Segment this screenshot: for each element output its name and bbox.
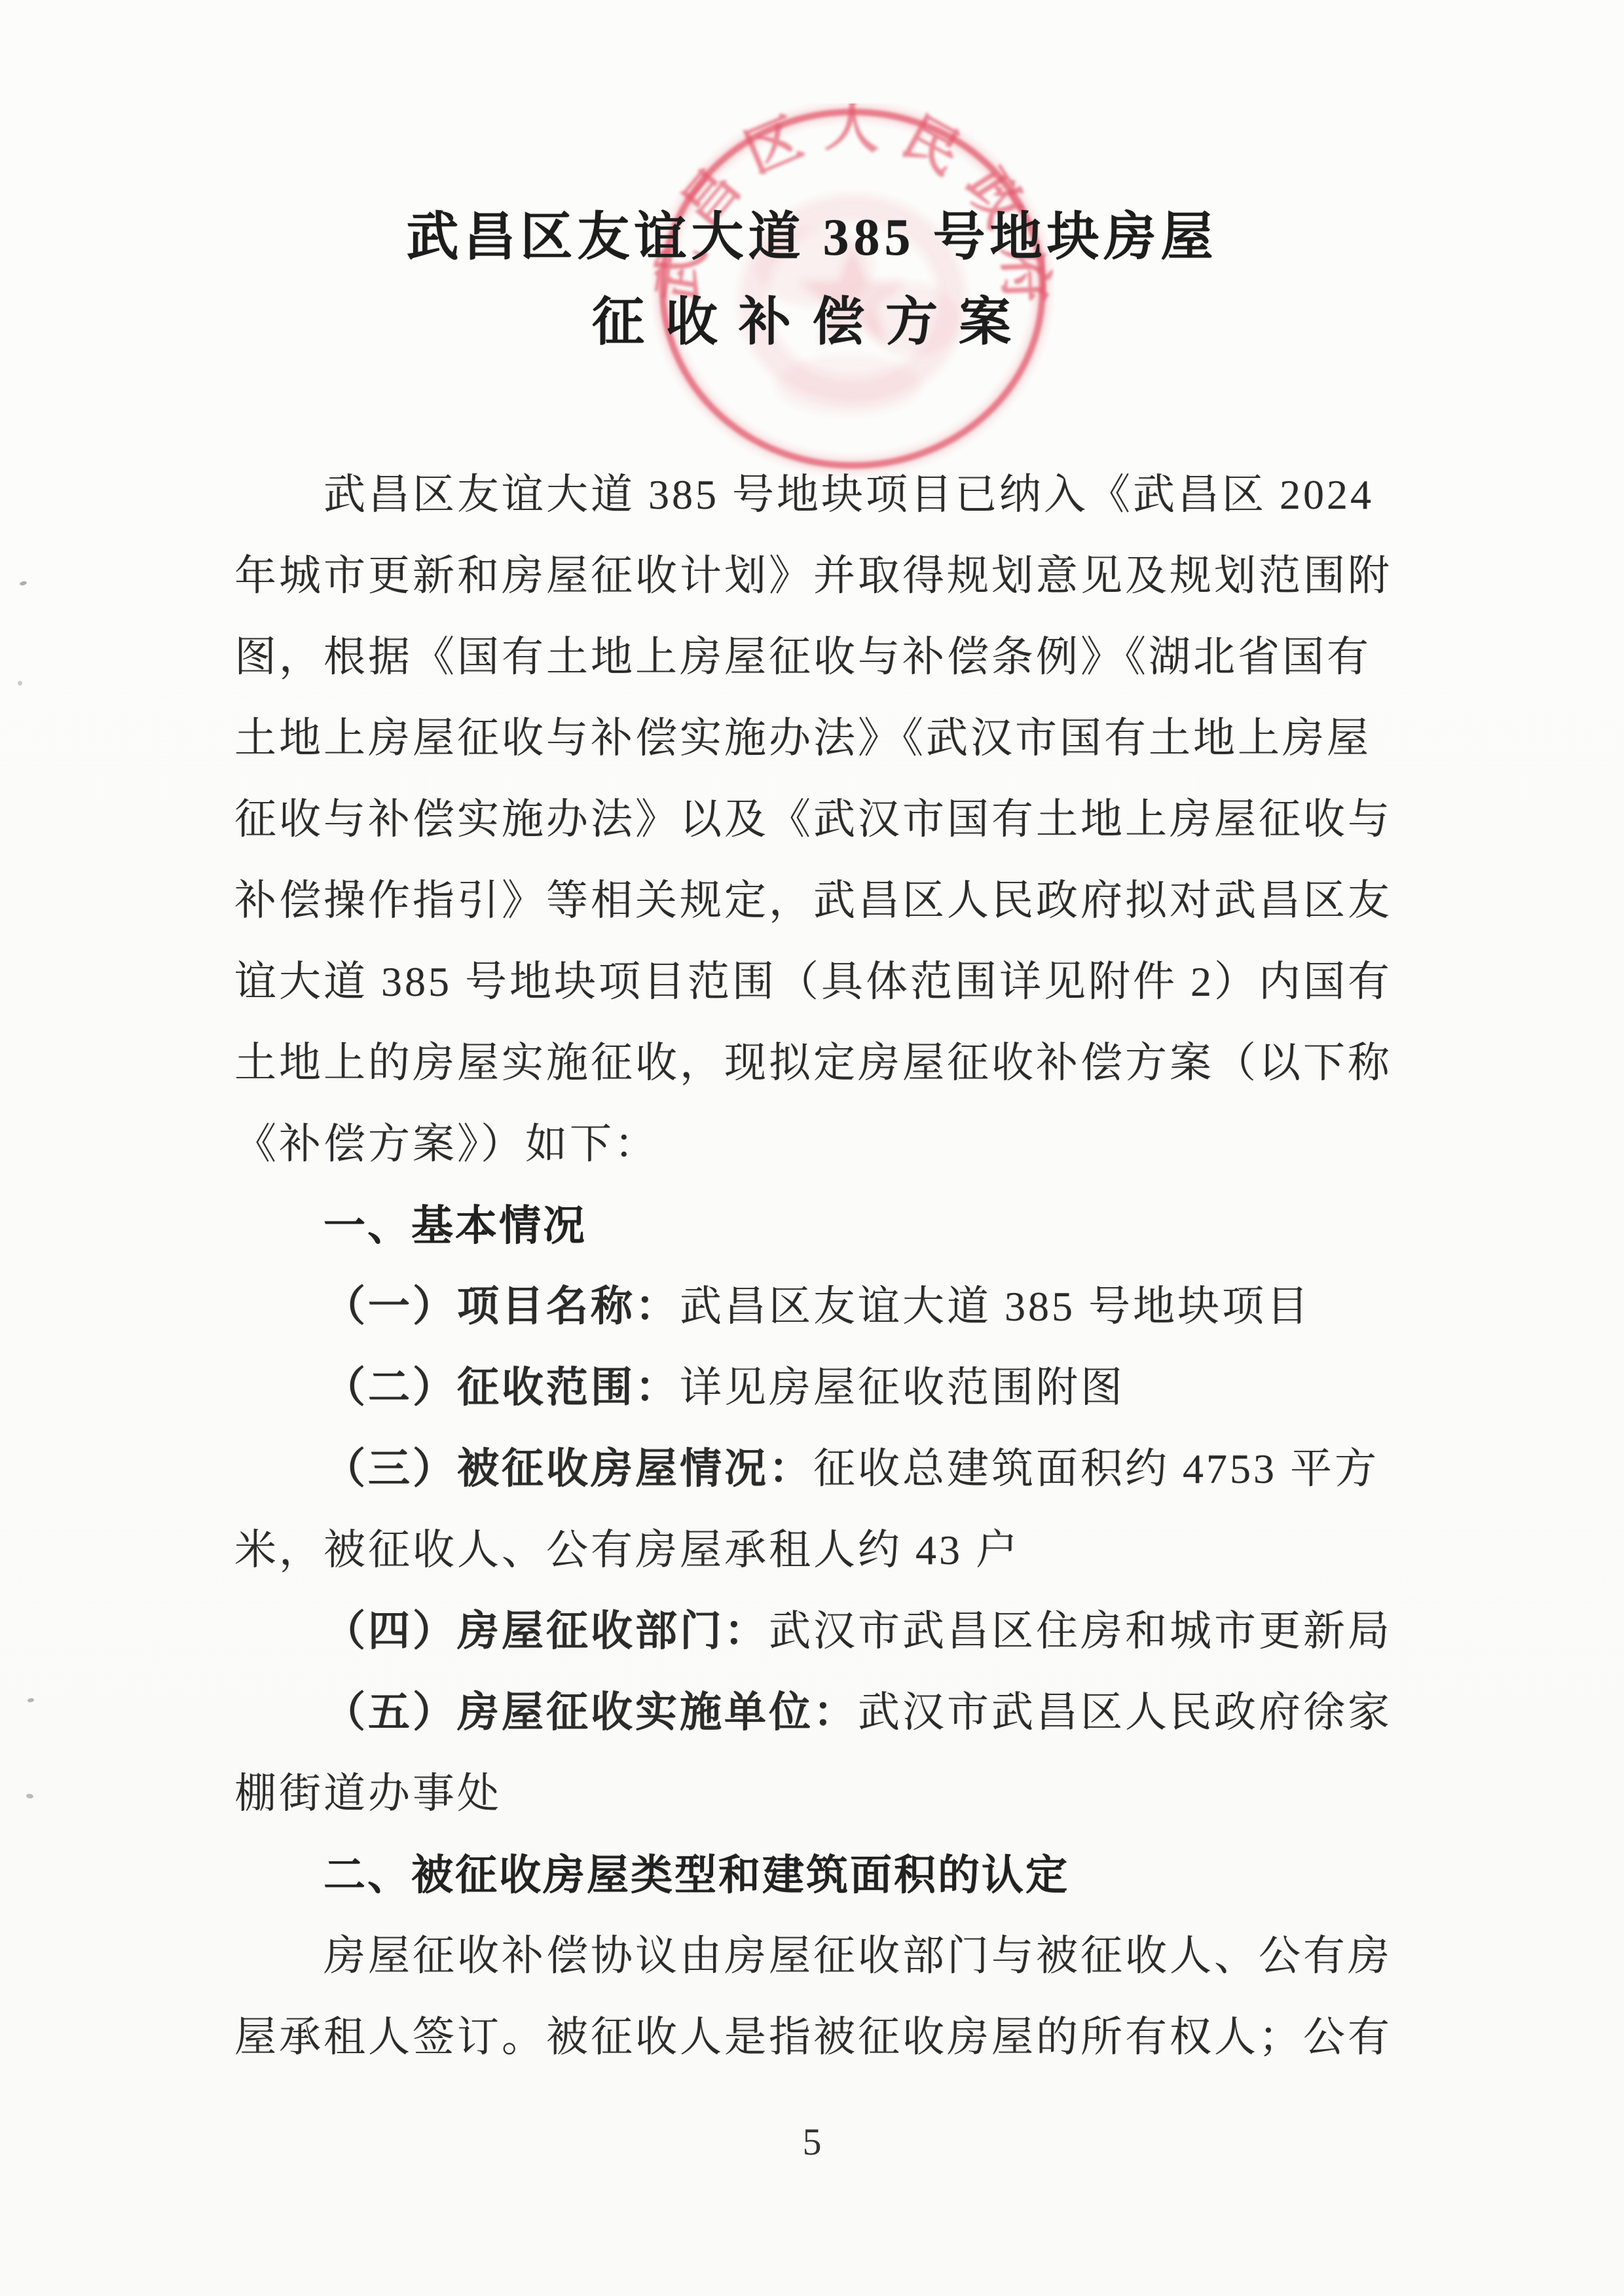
page-number: 5 (0, 2120, 1624, 2164)
body-line: 棚街道办事处 (234, 1753, 1397, 1834)
body-line-item-3: （三）被征收房屋情况：征收总建筑面积约 4753 平方 (234, 1429, 1397, 1510)
scanned-document-page: 武昌区人民政府 武昌区友谊大道 385 号地块房屋 征收补偿方案 武昌区友谊大道… (0, 0, 1624, 2296)
body-line-item-2: （二）征收范围：详见房屋征收范围附图 (234, 1347, 1397, 1429)
body-line: 谊大道 385 号地块项目范围（具体范围详见附件 2）内国有 (234, 941, 1397, 1023)
body-line: 年城市更新和房屋征收计划》并取得规划意见及规划范围附 (234, 536, 1397, 617)
body-line: 土地上的房屋实施征收，现拟定房屋征收补偿方案（以下称 (234, 1023, 1397, 1104)
body-line: 房屋征收补偿协议由房屋征收部门与被征收人、公有房 (234, 1916, 1397, 1997)
scan-artifact (19, 581, 27, 587)
document-title: 武昌区友谊大道 385 号地块房屋 征收补偿方案 (0, 195, 1624, 365)
section-heading-1: 一、基本情况 (234, 1185, 1397, 1266)
section-heading-2: 二、被征收房屋类型和建筑面积的认定 (234, 1834, 1397, 1916)
scan-artifact (26, 1793, 34, 1798)
body-line-item-1: （一）项目名称：武昌区友谊大道 385 号地块项目 (234, 1266, 1397, 1347)
document-body: 武昌区友谊大道 385 号地块项目已纳入《武昌区 2024 年城市更新和房屋征收… (234, 454, 1397, 2078)
body-line: 征收与补偿实施办法》以及《武汉市国有土地上房屋征收与 (234, 779, 1397, 860)
body-line-item-4: （四）房屋征收部门：武汉市武昌区住房和城市更新局 (234, 1591, 1397, 1672)
body-line: 土地上房屋征收与补偿实施办法》《武汉市国有土地上房屋 (234, 698, 1397, 779)
scan-artifact (18, 681, 22, 685)
body-line-item-5: （五）房屋征收实施单位：武汉市武昌区人民政府徐家 (234, 1672, 1397, 1753)
body-line: 图，根据《国有土地上房屋征收与补偿条例》《湖北省国有 (234, 617, 1397, 698)
title-line-1: 武昌区友谊大道 385 号地块房屋 (0, 195, 1624, 280)
body-line: 屋承租人签订。被征收人是指被征收房屋的所有权人；公有 (234, 1997, 1397, 2078)
title-line-2: 征收补偿方案 (0, 280, 1624, 365)
body-line: 补偿操作指引》等相关规定，武昌区人民政府拟对武昌区友 (234, 860, 1397, 941)
body-line: 米，被征收人、公有房屋承租人约 43 户 (234, 1510, 1397, 1591)
body-line: 《补偿方案》）如下： (234, 1104, 1397, 1185)
scan-artifact (28, 1698, 35, 1703)
body-line: 武昌区友谊大道 385 号地块项目已纳入《武昌区 2024 (234, 454, 1397, 536)
